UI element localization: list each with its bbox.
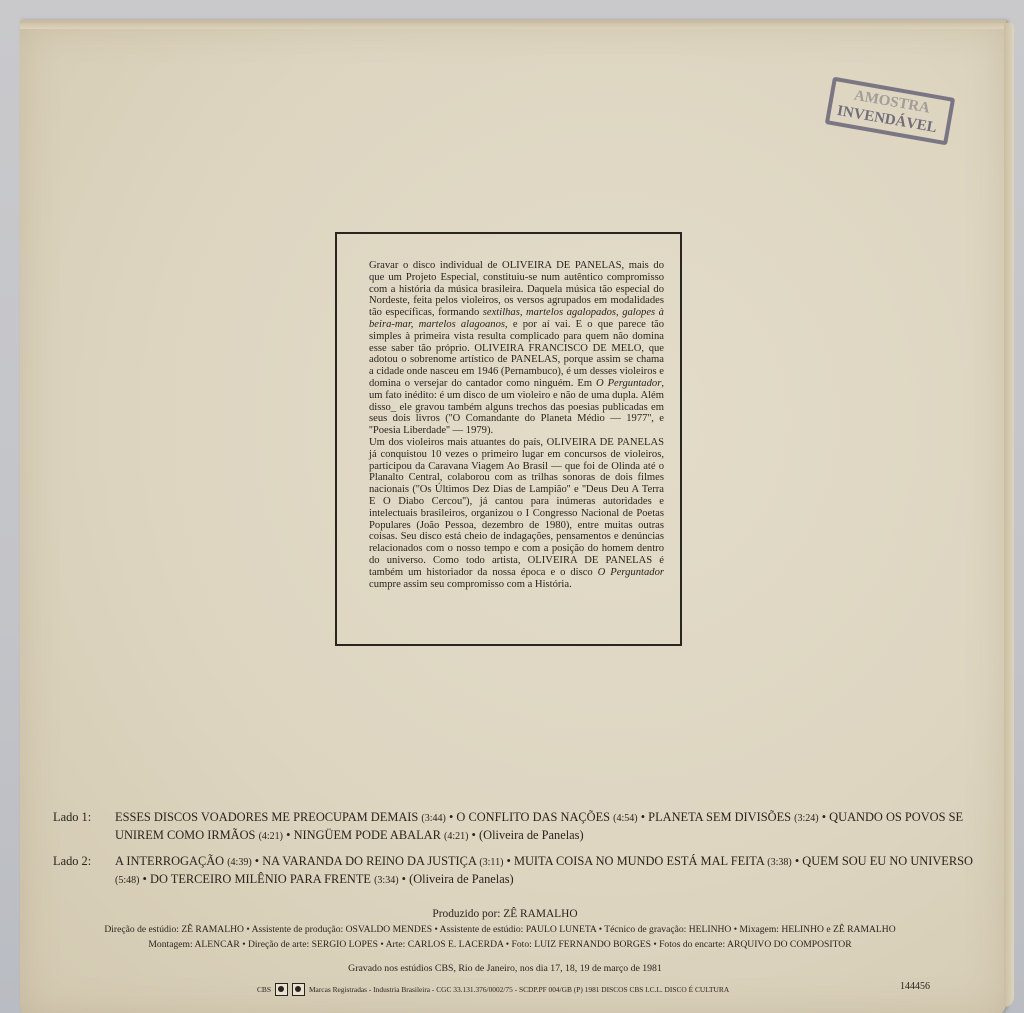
track-duration: (4:54): [613, 813, 637, 824]
track-duration: (3:44): [421, 813, 445, 824]
track: ESSES DISCOS VOADORES ME PREOCUPAM DEMAI…: [115, 810, 418, 824]
producer-credit: Produzido por: ZÊ RAMALHO: [40, 907, 960, 922]
track-duration: (3:11): [479, 857, 503, 868]
credit-line-2: Montagem: ALENCAR • Direção de arte: SER…: [40, 937, 960, 952]
track-duration: (3:24): [794, 813, 818, 824]
recording-info: Gravado nos estúdios CBS, Rio de Janeiro…: [40, 962, 960, 976]
cbs-brand: CBS: [257, 985, 271, 994]
cbs-eye-logo-icon: [275, 983, 288, 996]
track: MUITA COISA NO MUNDO ESTÁ MAL FEITA: [514, 854, 764, 868]
production-credits: Produzido por: ZÊ RAMALHO Direção de est…: [40, 907, 960, 976]
track: NA VARANDA DO REINO DA JUSTIÇA: [262, 854, 476, 868]
legal-text: Marcas Registradas - Industria Brasileir…: [309, 985, 729, 994]
catalog-number: 144456: [900, 981, 930, 992]
track-duration: (4:21): [259, 831, 283, 842]
track: A INTERROGAÇÃO: [115, 854, 224, 868]
liner-paragraph-2: Um dos violeiros mais atuantes do país, …: [369, 437, 664, 590]
track: PLANETA SEM DIVISÕES: [648, 810, 791, 824]
legal-line: CBS Marcas Registradas - Industria Brasi…: [257, 983, 729, 996]
track-duration: (3:34): [374, 875, 398, 886]
credit-line-1: Direção de estúdio: ZÊ RAMALHO • Assiste…: [40, 922, 960, 937]
side-label: Lado 1:: [53, 809, 91, 826]
track-duration: (4:21): [444, 831, 468, 842]
record-sleeve-back: AMOSTRA INVENDÁVEL Gravar o disco indivi…: [20, 20, 1006, 1013]
composer-credit: (Oliveira de Panelas): [409, 872, 514, 886]
tracklist: Lado 1: ESSES DISCOS VOADORES ME PREOCUP…: [53, 809, 973, 897]
composer-credit: (Oliveira de Panelas): [479, 828, 584, 842]
side-1: Lado 1: ESSES DISCOS VOADORES ME PREOCUP…: [53, 809, 973, 845]
track: QUEM SOU EU NO UNIVERSO: [802, 854, 973, 868]
cbs-walking-eye-logo-icon: [292, 983, 305, 996]
track: NINGÜEM PODE ABALAR: [294, 828, 441, 842]
promo-stamp: AMOSTRA INVENDÁVEL: [825, 77, 955, 146]
track-duration: (3:38): [767, 857, 791, 868]
track: DO TERCEIRO MILÊNIO PARA FRENTE: [150, 872, 371, 886]
track-duration: (5:48): [115, 875, 139, 886]
track: O CONFLITO DAS NAÇÕES: [456, 810, 610, 824]
liner-notes-box: Gravar o disco individual de OLIVEIRA DE…: [335, 232, 682, 646]
side-2: Lado 2: A INTERROGAÇÃO (4:39) • NA VARAN…: [53, 853, 973, 889]
side-label: Lado 2:: [53, 853, 91, 870]
liner-paragraph-1: Gravar o disco individual de OLIVEIRA DE…: [369, 260, 664, 437]
track-duration: (4:39): [227, 857, 251, 868]
